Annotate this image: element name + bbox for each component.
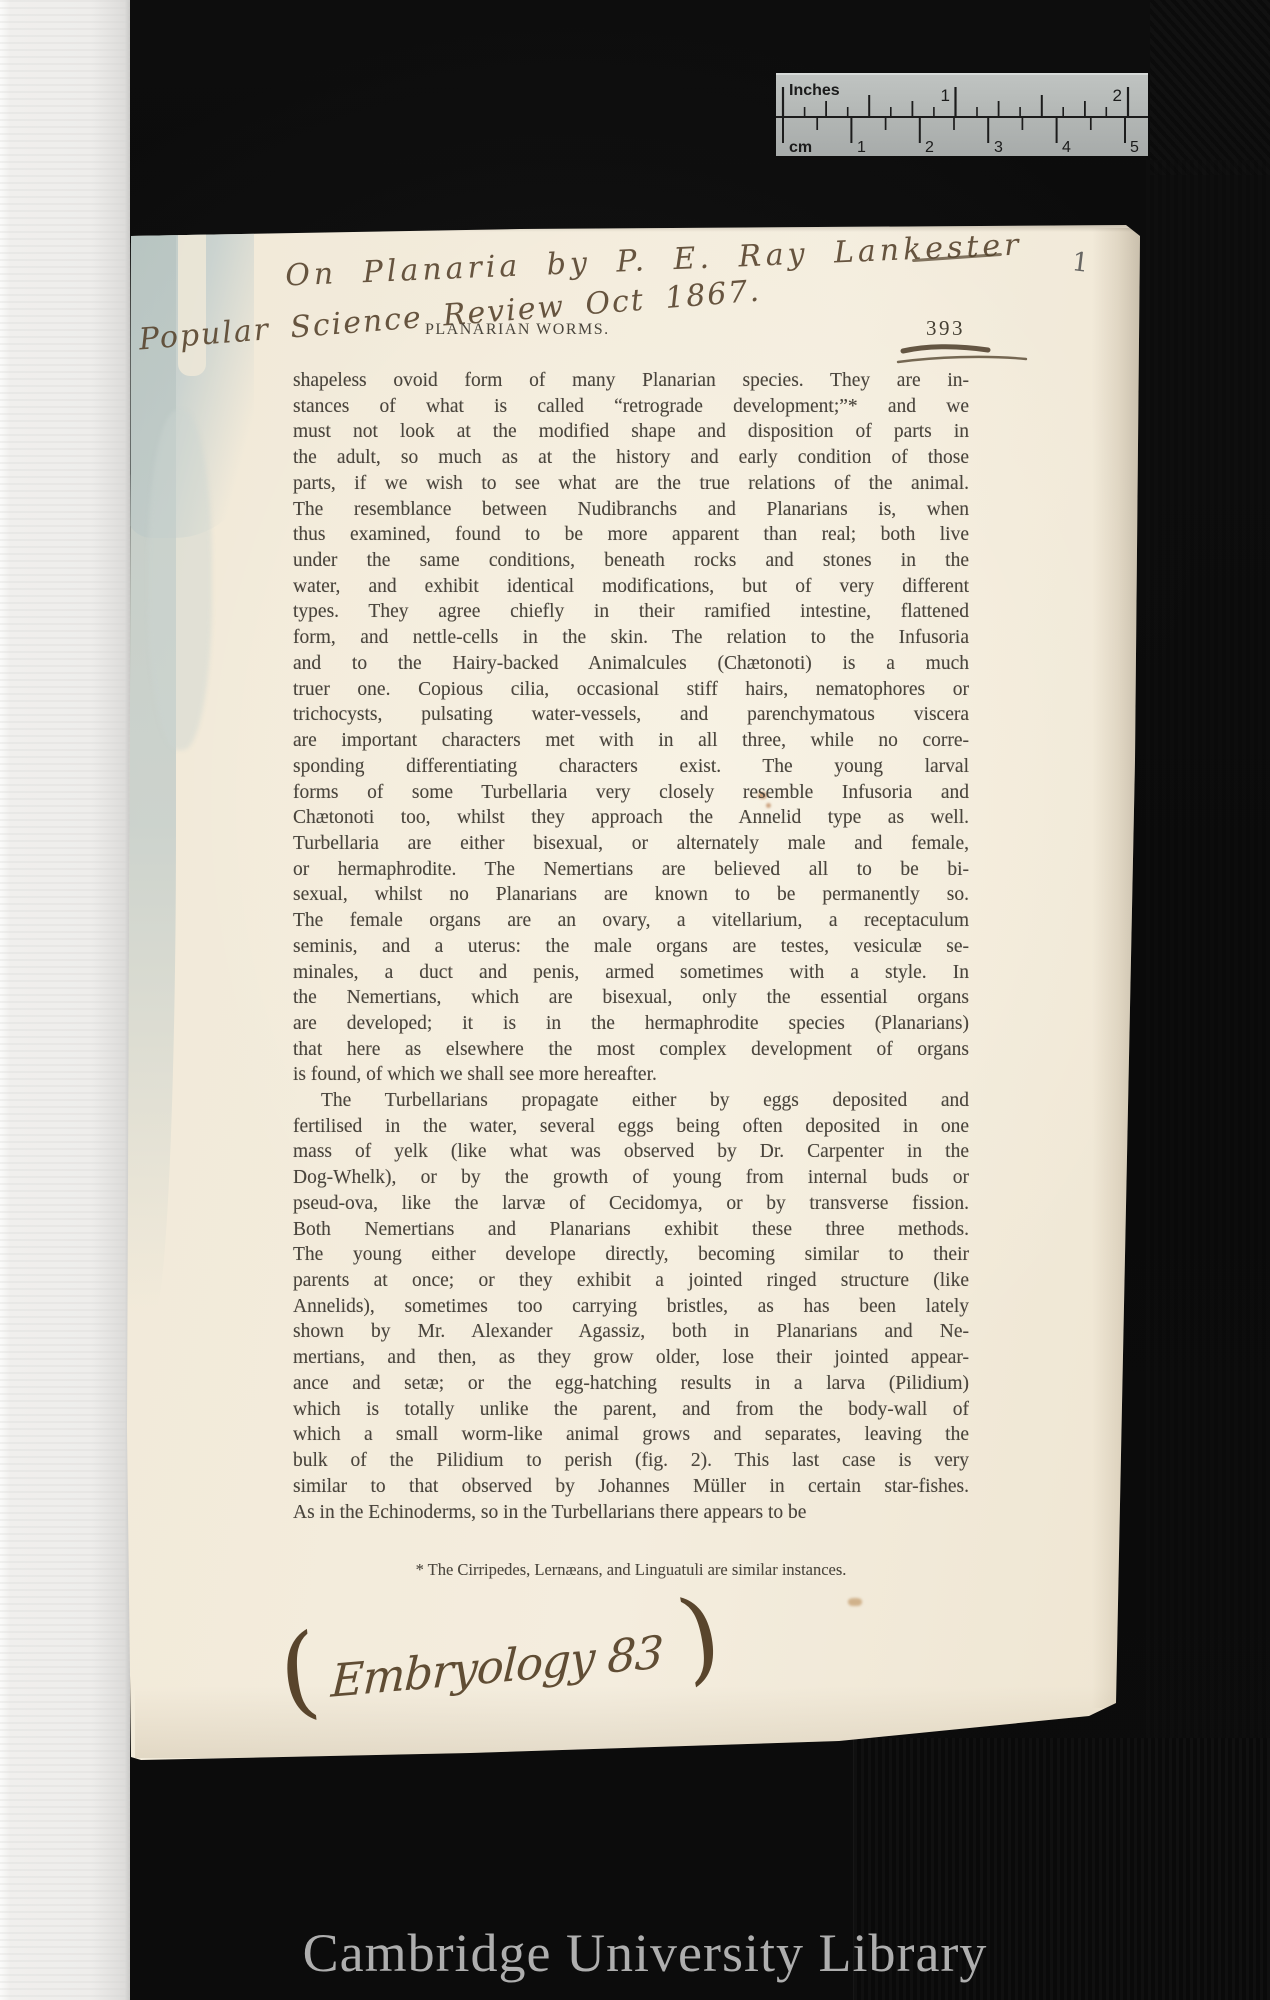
ruler-inch-2: 2 <box>1113 86 1122 105</box>
ruler-cm-1: 1 <box>857 139 866 156</box>
text-line: is found, of which we shall see more her… <box>293 1062 969 1088</box>
text-line: are important characters met with in all… <box>293 728 969 754</box>
scanned-document-screenshot: Inches 1 2 cm 1 2 3 4 5 On Planaria by P… <box>0 0 1270 2000</box>
ruler-cm-3: 3 <box>994 139 1003 156</box>
cloth-ribbed-right-edge <box>1146 160 1270 1760</box>
text-line: As in the Echinoderms, so in the Turbell… <box>293 1500 969 1526</box>
text-line: sexual, whilst no Planarians are known t… <box>293 882 969 908</box>
tissue-remnant-left-edge <box>126 226 176 1316</box>
text-line: must not look at the modified shape and … <box>293 419 969 445</box>
text-line: The female organs are an ovary, a vitell… <box>293 908 969 934</box>
text-line: truer one. Copious cilia, occasional sti… <box>293 677 969 703</box>
paragraph-1: shapeless ovoid form of many Planarian s… <box>293 368 969 1088</box>
text-line: shapeless ovoid form of many Planarian s… <box>293 368 969 394</box>
running-head: PLANARIAN WORMS. <box>425 321 610 339</box>
text-line: The young either develope directly, beco… <box>293 1242 969 1268</box>
text-line: sponding differentiating characters exis… <box>293 754 969 780</box>
text-line: and to the Hairy-backed Animalcules (Chæ… <box>293 651 969 677</box>
foxing-spot <box>848 1598 862 1606</box>
text-line: ance and setæ; or the egg-hatching resul… <box>293 1371 969 1397</box>
page-number: 393 <box>926 316 965 341</box>
text-line: that here as elsewhere the most complex … <box>293 1037 969 1063</box>
ruler-top-highlight <box>776 73 1148 75</box>
text-line: Both Nemertians and Planarians exhibit t… <box>293 1217 969 1243</box>
ruler-inch-1: 1 <box>941 86 950 105</box>
text-line: water, and exhibit identical modificatio… <box>293 574 969 600</box>
scrawl-open-paren: ( <box>274 1620 323 1724</box>
text-line: shown by Mr. Alexander Agassiz, both in … <box>293 1319 969 1345</box>
ruler-cm-2: 2 <box>925 139 934 156</box>
ruler-graphic: Inches 1 2 cm 1 2 3 4 5 <box>776 73 1148 156</box>
text-line: parts, if we wish to see what are the tr… <box>293 471 969 497</box>
text-line: fertilised in the water, several eggs be… <box>293 1114 969 1140</box>
text-line: Chætonoti too, whilst they approach the … <box>293 805 969 831</box>
text-line: Annelids), sometimes too carrying bristl… <box>293 1294 969 1320</box>
text-line: forms of some Turbellaria very closely r… <box>293 780 969 806</box>
text-line: similar to that observed by Johannes Mül… <box>293 1474 969 1500</box>
paragraph-2: The Turbellarians propagate either by eg… <box>293 1088 969 1525</box>
ruler-cm-label: cm <box>789 139 812 156</box>
ruler-cm-5: 5 <box>1130 139 1139 156</box>
text-line: which a small worm-like animal grows and… <box>293 1422 969 1448</box>
text-line: Turbellaria are either bisexual, or alte… <box>293 831 969 857</box>
text-line: form, and nettle-cells in the skin. The … <box>293 625 969 651</box>
text-line: stances of what is called “retrograde de… <box>293 394 969 420</box>
library-watermark: Cambridge University Library <box>20 1922 1270 1984</box>
text-line: minales, a duct and penis, armed sometim… <box>293 960 969 986</box>
text-line: Dog-Whelk), or by the growth of young fr… <box>293 1165 969 1191</box>
handwritten-subject-note: ( Embryology 83 ) <box>278 1578 723 1738</box>
text-line: thus examined, found to be more apparent… <box>293 522 969 548</box>
ruler-inches-label: Inches <box>789 82 840 99</box>
scrawl-close-paren: ) <box>671 1584 727 1689</box>
text-line: bulk of the Pilidium to perish (fig. 2).… <box>293 1448 969 1474</box>
cloth-weave-top-right <box>1150 0 1270 175</box>
tissue-remnant-mid-left <box>148 410 212 750</box>
text-line: under the same conditions, beneath rocks… <box>293 548 969 574</box>
text-line: seminis, and a uterus: the male organs a… <box>293 934 969 960</box>
text-line: parents at once; or they exhibit a joint… <box>293 1268 969 1294</box>
text-line: pseud-ova, like the larvæ of Cecidomya, … <box>293 1191 969 1217</box>
text-line: the adult, so much as at the history and… <box>293 445 969 471</box>
page-number-underline-strokes <box>893 342 1033 368</box>
text-line: mertians, and then, as they grow older, … <box>293 1345 969 1371</box>
ruler-cm-4: 4 <box>1062 139 1071 156</box>
text-line: types. They agree chiefly in their ramif… <box>293 599 969 625</box>
footnote: * The Cirripedes, Lernæans, and Linguatu… <box>293 1560 969 1580</box>
text-line: are developed; it is in the hermaphrodit… <box>293 1011 969 1037</box>
text-line: the Nemertians, which are bisexual, only… <box>293 985 969 1011</box>
scrawl-text: Embryology 83 <box>330 1625 664 1707</box>
text-line: or hermaphrodite. The Nemertians are bel… <box>293 857 969 883</box>
text-line: trichocysts, pulsating water-vessels, an… <box>293 702 969 728</box>
text-line: The Turbellarians propagate either by eg… <box>293 1088 969 1114</box>
measurement-scale-bar: Inches 1 2 cm 1 2 3 4 5 <box>776 73 1148 156</box>
text-line: which is totally unlike the parent, and … <box>293 1397 969 1423</box>
scanner-white-strip <box>0 0 130 2000</box>
text-line: mass of yelk (like what was observed by … <box>293 1139 969 1165</box>
text-line: The resemblance between Nudibranchs and … <box>293 497 969 523</box>
